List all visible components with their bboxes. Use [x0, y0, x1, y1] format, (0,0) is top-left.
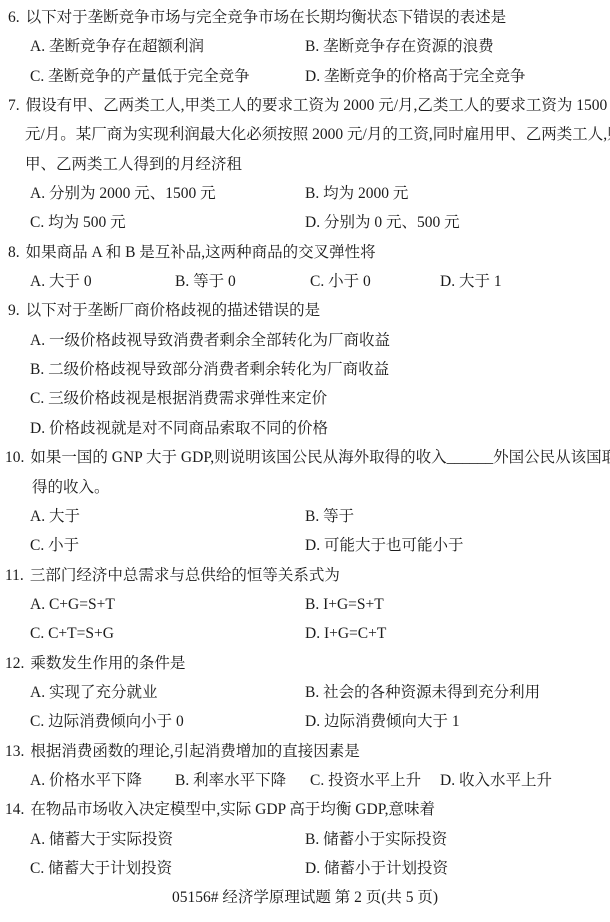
question-text: 如果商品 A 和 B 是互补品,这两种商品的交叉弹性将 — [26, 244, 376, 261]
question-number: 9. — [8, 302, 20, 319]
question: 12.乘数发生作用的条件是A. 实现了充分就业B. 社会的各种资源未得到充分利用… — [0, 649, 610, 737]
question-number: 14. — [5, 801, 24, 818]
option-C: C. 均为 500 元 — [30, 208, 126, 237]
options-row: C. C+T=S+GD. I+G=C+T — [0, 619, 610, 648]
question: 14.在物品市场收入决定模型中,实际 GDP 高于均衡 GDP,意味着A. 储蓄… — [0, 795, 610, 883]
options-row: A. C+G=S+TB. I+G=S+T — [0, 590, 610, 619]
option-B: B. 二级价格歧视导致部分消费者剩余转化为厂商收益 — [30, 355, 389, 384]
question-text: 假设有甲、乙两类工人,甲类工人的要求工资为 2000 元/月,乙类工人的要求工资… — [26, 97, 608, 114]
question-stem-line: 6.以下对于垄断竞争市场与完全竞争市场在长期均衡状态下错误的表述是 — [0, 3, 610, 32]
question-number: 6. — [8, 9, 20, 26]
question-stem-line: 8.如果商品 A 和 B 是互补品,这两种商品的交叉弹性将 — [0, 238, 610, 267]
option-A: A. 储蓄大于实际投资 — [30, 825, 173, 854]
options-row: C. 均为 500 元D. 分别为 0 元、500 元 — [0, 208, 610, 237]
option-C: C. 投资水平上升 — [310, 766, 421, 795]
question-number: 13. — [5, 743, 24, 760]
option-C: C. 边际消费倾向小于 0 — [30, 707, 184, 736]
options-row: A. 大于B. 等于 — [0, 502, 610, 531]
options-row: A. 一级价格歧视导致消费者剩余全部转化为厂商收益 — [0, 326, 610, 355]
option-D: D. 边际消费倾向大于 1 — [305, 707, 460, 736]
question: 10.如果一国的 GNP 大于 GDP,则说明该国公民从海外取得的收入_____… — [0, 443, 610, 560]
question-number: 10. — [5, 449, 24, 466]
question-text: 根据消费函数的理论,引起消费增加的直接因素是 — [30, 743, 359, 760]
question-text: 三部门经济中总需求与总供给的恒等关系式为 — [30, 567, 340, 584]
option-D: D. 储蓄小于计划投资 — [305, 854, 448, 883]
option-D: D. I+G=C+T — [305, 619, 386, 648]
footer-text: 05156# 经济学原理试题 第 2 页(共 5 页) — [172, 889, 438, 906]
option-A: A. 价格水平下降 — [30, 766, 142, 795]
question-text: 以下对于垄断竞争市场与完全竞争市场在长期均衡状态下错误的表述是 — [26, 9, 507, 26]
option-B: B. 等于 — [305, 502, 354, 531]
question-text: 在物品市场收入决定模型中,实际 GDP 高于均衡 GDP,意味着 — [30, 801, 435, 818]
option-C: C. 三级价格歧视是根据消费需求弹性来定价 — [30, 384, 327, 413]
option-C: C. 小于 0 — [310, 267, 371, 296]
question-stem-continuation: 甲、乙两类工人得到的月经济租 — [0, 150, 610, 179]
question-text: 如果一国的 GNP 大于 GDP,则说明该国公民从海外取得的收入______外国… — [30, 449, 610, 466]
question-stem-line: 13.根据消费函数的理论,引起消费增加的直接因素是 — [0, 737, 610, 766]
option-D: D. 分别为 0 元、500 元 — [305, 208, 460, 237]
question-stem-line: 7.假设有甲、乙两类工人,甲类工人的要求工资为 2000 元/月,乙类工人的要求… — [0, 91, 610, 120]
option-C: C. 储蓄大于计划投资 — [30, 854, 172, 883]
question-stem-continuation: 得的收入。 — [0, 473, 610, 502]
option-B: B. 垄断竞争存在资源的浪费 — [305, 32, 494, 61]
question-list: 6.以下对于垄断竞争市场与完全竞争市场在长期均衡状态下错误的表述是A. 垄断竞争… — [0, 3, 610, 883]
question-stem-line: 11.三部门经济中总需求与总供给的恒等关系式为 — [0, 561, 610, 590]
question-number: 12. — [5, 655, 24, 672]
question-stem-line: 12.乘数发生作用的条件是 — [0, 649, 610, 678]
options-row: A. 实现了充分就业B. 社会的各种资源未得到充分利用 — [0, 678, 610, 707]
option-B: B. 利率水平下降 — [175, 766, 286, 795]
option-C: C. C+T=S+G — [30, 619, 114, 648]
option-A: A. 分别为 2000 元、1500 元 — [30, 179, 216, 208]
option-A: A. 大于 0 — [30, 267, 92, 296]
option-C: C. 小于 — [30, 531, 79, 560]
options-row: D. 价格歧视就是对不同商品索取不同的价格 — [0, 414, 610, 443]
question: 13.根据消费函数的理论,引起消费增加的直接因素是A. 价格水平下降B. 利率水… — [0, 737, 610, 796]
question: 7.假设有甲、乙两类工人,甲类工人的要求工资为 2000 元/月,乙类工人的要求… — [0, 91, 610, 238]
exam-page: 6.以下对于垄断竞争市场与完全竞争市场在长期均衡状态下错误的表述是A. 垄断竞争… — [0, 0, 610, 922]
question-stem-line: 10.如果一国的 GNP 大于 GDP,则说明该国公民从海外取得的收入_____… — [0, 443, 610, 472]
options-row: A. 分别为 2000 元、1500 元B. 均为 2000 元 — [0, 179, 610, 208]
option-B: B. 储蓄小于实际投资 — [305, 825, 447, 854]
option-A: A. 垄断竞争存在超额利润 — [30, 32, 204, 61]
question-text: 乘数发生作用的条件是 — [30, 655, 185, 672]
option-A: A. 大于 — [30, 502, 80, 531]
options-row: C. 小于D. 可能大于也可能小于 — [0, 531, 610, 560]
option-D: D. 价格歧视就是对不同商品索取不同的价格 — [30, 414, 328, 443]
question: 6.以下对于垄断竞争市场与完全竞争市场在长期均衡状态下错误的表述是A. 垄断竞争… — [0, 3, 610, 91]
options-row: A. 垄断竞争存在超额利润B. 垄断竞争存在资源的浪费 — [0, 32, 610, 61]
option-A: A. C+G=S+T — [30, 590, 115, 619]
option-B: B. I+G=S+T — [305, 590, 384, 619]
page-footer: 05156# 经济学原理试题 第 2 页(共 5 页) — [0, 883, 610, 912]
options-row: C. 边际消费倾向小于 0D. 边际消费倾向大于 1 — [0, 707, 610, 736]
options-row: C. 垄断竞争的产量低于完全竞争D. 垄断竞争的价格高于完全竞争 — [0, 62, 610, 91]
option-D: D. 可能大于也可能小于 — [305, 531, 463, 560]
question-stem-line: 9.以下对于垄断厂商价格歧视的描述错误的是 — [0, 296, 610, 325]
options-row: A. 价格水平下降B. 利率水平下降C. 投资水平上升D. 收入水平上升 — [0, 766, 610, 795]
options-row: C. 储蓄大于计划投资D. 储蓄小于计划投资 — [0, 854, 610, 883]
question: 8.如果商品 A 和 B 是互补品,这两种商品的交叉弹性将A. 大于 0B. 等… — [0, 238, 610, 297]
option-D: D. 垄断竞争的价格高于完全竞争 — [305, 62, 525, 91]
options-row: A. 储蓄大于实际投资B. 储蓄小于实际投资 — [0, 825, 610, 854]
question-text: 以下对于垄断厂商价格歧视的描述错误的是 — [26, 302, 321, 319]
option-B: B. 均为 2000 元 — [305, 179, 408, 208]
question-stem-line: 14.在物品市场收入决定模型中,实际 GDP 高于均衡 GDP,意味着 — [0, 795, 610, 824]
question-number: 11. — [5, 567, 24, 584]
question-number: 8. — [8, 244, 20, 261]
option-A: A. 实现了充分就业 — [30, 678, 157, 707]
options-row: B. 二级价格歧视导致部分消费者剩余转化为厂商收益 — [0, 355, 610, 384]
options-row: C. 三级价格歧视是根据消费需求弹性来定价 — [0, 384, 610, 413]
option-C: C. 垄断竞争的产量低于完全竞争 — [30, 62, 250, 91]
question: 9.以下对于垄断厂商价格歧视的描述错误的是A. 一级价格歧视导致消费者剩余全部转… — [0, 296, 610, 443]
option-D: D. 收入水平上升 — [440, 766, 552, 795]
options-row: A. 大于 0B. 等于 0C. 小于 0D. 大于 1 — [0, 267, 610, 296]
option-D: D. 大于 1 — [440, 267, 502, 296]
option-B: B. 等于 0 — [175, 267, 236, 296]
question-number: 7. — [8, 97, 20, 114]
question: 11.三部门经济中总需求与总供给的恒等关系式为A. C+G=S+TB. I+G=… — [0, 561, 610, 649]
option-A: A. 一级价格歧视导致消费者剩余全部转化为厂商收益 — [30, 326, 390, 355]
question-stem-continuation: 元/月。某厂商为实现利润最大化必须按照 2000 元/月的工资,同时雇用甲、乙两… — [0, 120, 610, 149]
option-B: B. 社会的各种资源未得到充分利用 — [305, 678, 540, 707]
